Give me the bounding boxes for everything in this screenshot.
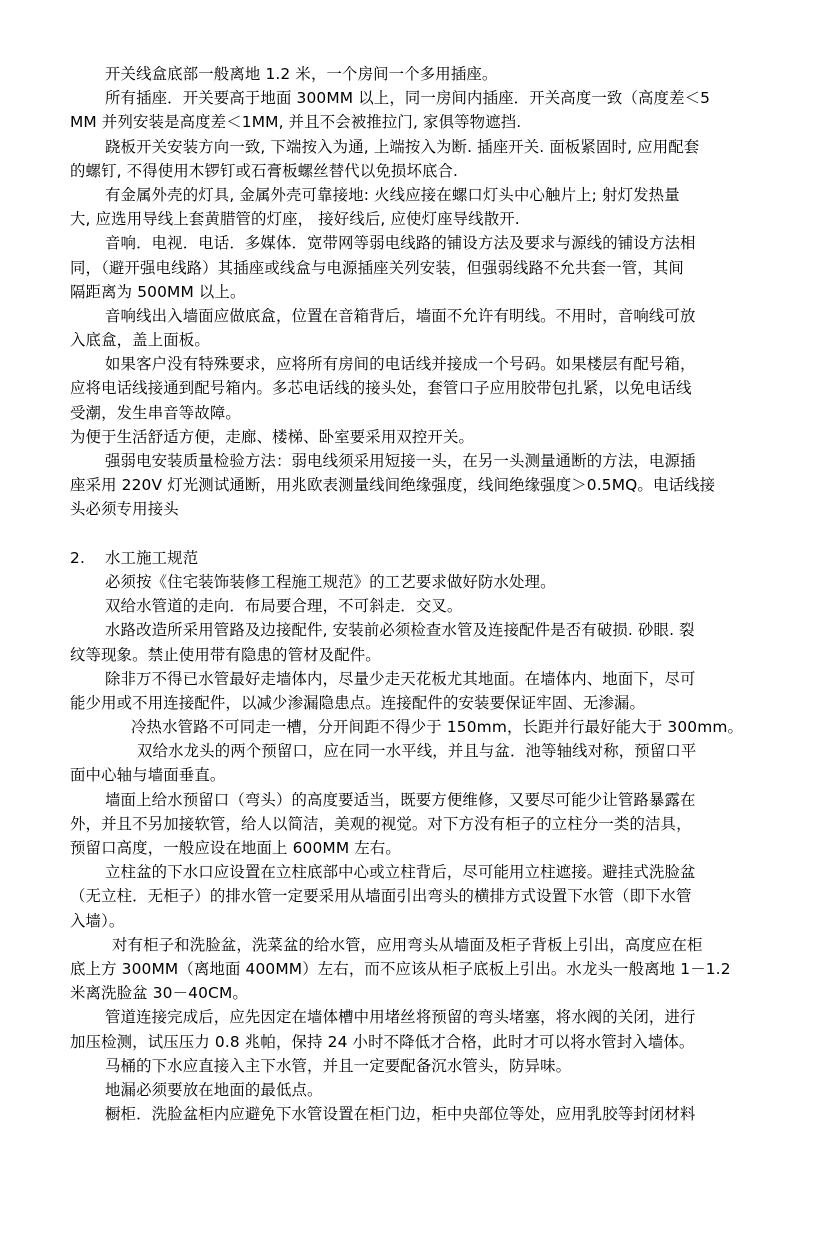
text-line: 入墙）。 xyxy=(70,909,740,933)
paragraph-outlet-height: 墙面上给水预留口（弯头）的高度要适当，既要方便维修，又要尽可能少让管路暴露在 外… xyxy=(70,788,740,861)
text-line: 马桶的下水应直接入主下水管，并且一定要配备沉水管头，防异味。 xyxy=(70,1054,740,1078)
paragraph-cabinet-water-supply: 对有柜子和洗脸盆，洗菜盆的给水管，应用弯头从墙面及柜子背板上引出，高度应在柜 底… xyxy=(70,933,740,1006)
text-line: 米离洗脸盆 30－40CM。 xyxy=(70,981,740,1005)
paragraph-faucet-outlets: 双给水龙头的两个预留口，应在同一水平线，并且与盆．池等轴线对称，预留口平 面中心… xyxy=(70,739,740,787)
paragraph-dual-control-switch: 为便于生活舒适方便，走廊、楼梯、卧室要采用双控开关。 xyxy=(70,425,740,449)
paragraph-quality-inspection: 强弱电安装质量检验方法：弱电线须采用短接一头，在另一头测量通断的方法，电源插 座… xyxy=(70,449,740,522)
text-line: 有金属外壳的灯具, 金属外壳可靠接地: 火线应接在螺口灯头中心触片上; 射灯发热… xyxy=(70,183,740,207)
text-line: 如果客户没有特殊要求，应将所有房间的电话线并接成一个号码。如果楼层有配号箱， xyxy=(70,352,740,376)
text-line: 冷热水管路不可同走一槽，分开间距不得少于 150mm，长距并行最好能大于 300… xyxy=(70,715,740,739)
paragraph-floor-drain: 地漏必须要放在地面的最低点。 xyxy=(70,1078,740,1102)
text-line: 音响线出入墙面应做底盒，位置在音箱背后，墙面不允许有明线。不用时，音响线可放 xyxy=(70,304,740,328)
paragraph-fittings-inspection: 水路改造所采用管路及边接配件, 安装前必须检查水管及连接配件是否有破损. 砂眼.… xyxy=(70,618,740,666)
text-line: 头必须专用接头 xyxy=(70,497,740,521)
text-line: 立柱盆的下水口应设置在立柱底部中心或立柱背后，尽可能用立柱遮接。避挂式洗脸盆 xyxy=(70,860,740,884)
text-line: 加压检测，试压压力 0.8 兆帕，保持 24 小时不降低才合格，此时才可以将水管… xyxy=(70,1030,740,1054)
text-line: 强弱电安装质量检验方法：弱电线须采用短接一头，在另一头测量通断的方法，电源插 xyxy=(70,449,740,473)
document-page: 开关线盒底部一般离地 1.2 米，一个房间一个多用插座。 所有插座．开关要高于地… xyxy=(70,62,740,1126)
text-line: （无立柱．无柜子）的排水管一定要采用从墙面引出弯头的横排方式设置下水管（即下水管 xyxy=(70,884,740,908)
paragraph-pedestal-basin-drain: 立柱盆的下水口应设置在立柱底部中心或立柱背后，尽可能用立柱遮接。避挂式洗脸盆 （… xyxy=(70,860,740,933)
text-line: 外，并且不另加接软管，给人以简洁，美观的视觉。对下方没有柜子的立柱分一类的洁具， xyxy=(70,812,740,836)
text-line: 同，（避开强电线路）其插座或线盒与电源插座关列安装，但强弱线路不允共套一管，其间 xyxy=(70,256,740,280)
text-line: 橱柜．洗脸盆柜内应避免下水管设置在柜门边，柜中央部位等处，应用乳胶等封闭材料 xyxy=(70,1102,740,1126)
text-line: 能少用或不用连接配件，以减少渗漏隐患点。连接配件的安装要保证牢固、无渗漏。 xyxy=(70,691,740,715)
text-line: 座采用 220V 灯光测试通断，用兆欧表测量线间绝缘强度，线间绝缘强度＞0.5M… xyxy=(70,473,740,497)
paragraph-socket-height: 所有插座．开关要高于地面 300MM 以上，同一房间内插座．开关高度一致（高度差… xyxy=(70,86,740,134)
paragraph-telephone-wiring: 如果客户没有特殊要求，应将所有房间的电话线并接成一个号码。如果楼层有配号箱， 应… xyxy=(70,352,740,425)
paragraph-pressure-test: 管道连接完成后，应先因定在墙体槽中用堵丝将预留的弯头堵塞，将水阀的关闭，进行 加… xyxy=(70,1005,740,1053)
text-line: MM 并列安装是高度差＜1MM, 并且不会被推拉门, 家俱等物遮挡. xyxy=(70,110,740,134)
text-line: 墙面上给水预留口（弯头）的高度要适当，既要方便维修，又要尽可能少让管路暴露在 xyxy=(70,788,740,812)
text-line: 的螺钉, 不得使用木锣钉或石膏板螺丝替代以免损坏底合. xyxy=(70,159,740,183)
paragraph-rocker-switch: 跷板开关安装方向一致, 下端按入为通, 上端按入为断. 插座开关. 面板紧固时,… xyxy=(70,135,740,183)
paragraph-switch-box-height: 开关线盒底部一般离地 1.2 米，一个房间一个多用插座。 xyxy=(70,62,740,86)
section-title: 水工施工规范 xyxy=(105,549,198,567)
text-line: 必须按《住宅装饰装修工程施工规范》的工艺要求做好防水处理。 xyxy=(70,570,740,594)
paragraph-toilet-drain: 马桶的下水应直接入主下水管，并且一定要配备沉水管头，防异味。 xyxy=(70,1054,740,1078)
plumbing-section: 必须按《住宅装饰装修工程施工规范》的工艺要求做好防水处理。 双给水管道的走向．布… xyxy=(70,570,740,1126)
text-line: 地漏必须要放在地面的最低点。 xyxy=(70,1078,740,1102)
paragraph-hot-cold-separation: 冷热水管路不可同走一槽，分开间距不得少于 150mm，长距并行最好能大于 300… xyxy=(70,715,740,739)
text-line: 面中心轴与墙面垂直。 xyxy=(70,763,740,787)
paragraph-waterproofing: 必须按《住宅装饰装修工程施工规范》的工艺要求做好防水处理。 xyxy=(70,570,740,594)
text-line: 为便于生活舒适方便，走廊、楼梯、卧室要采用双控开关。 xyxy=(70,425,740,449)
text-line: 音响．电视．电话．多媒体．宽带网等弱电线路的铺设方法及要求与源线的铺设方法相 xyxy=(70,231,740,255)
text-line: 开关线盒底部一般离地 1.2 米，一个房间一个多用插座。 xyxy=(70,62,740,86)
text-line: 双给水龙头的两个预留口，应在同一水平线，并且与盆．池等轴线对称，预留口平 xyxy=(70,739,740,763)
text-line: 跷板开关安装方向一致, 下端按入为通, 上端按入为断. 插座开关. 面板紧固时,… xyxy=(70,135,740,159)
paragraph-metal-lamp-grounding: 有金属外壳的灯具, 金属外壳可靠接地: 火线应接在螺口灯头中心触片上; 射灯发热… xyxy=(70,183,740,231)
text-line: 对有柜子和洗脸盆，洗菜盆的给水管，应用弯头从墙面及柜子背板上引出，高度应在柜 xyxy=(70,933,740,957)
text-line: 预留口高度，一般应设在地面上 600MM 左右。 xyxy=(70,836,740,860)
text-line: 应将电话线接通到配号箱内。多芯电话线的接头处，套管口子应用胶带包扎紧，以免电话线 xyxy=(70,376,740,400)
electrical-section: 开关线盒底部一般离地 1.2 米，一个房间一个多用插座。 所有插座．开关要高于地… xyxy=(70,62,740,522)
section-number: 2. xyxy=(70,546,105,570)
paragraph-in-wall-piping: 除非万不得已水管最好走墙体内，尽量少走天花板尤其地面。在墙体内、地面下，尽可 能… xyxy=(70,667,740,715)
text-line: 纹等现象。禁止使用带有隐患的管材及配件。 xyxy=(70,643,740,667)
text-line: 双给水管道的走向．布局要合理，不可斜走．交叉。 xyxy=(70,594,740,618)
text-line: 入底盒，盖上面板。 xyxy=(70,328,740,352)
text-line: 大, 应选用导线上套黄腊管的灯座， 接好线后, 应使灯座导线散开. xyxy=(70,207,740,231)
text-line: 隔距离为 500MM 以上。 xyxy=(70,280,740,304)
paragraph-audio-wiring: 音响线出入墙面应做底盒，位置在音箱背后，墙面不允许有明线。不用时，音响线可放 入… xyxy=(70,304,740,352)
text-line: 水路改造所采用管路及边接配件, 安装前必须检查水管及连接配件是否有破损. 砂眼.… xyxy=(70,618,740,642)
text-line: 所有插座．开关要高于地面 300MM 以上，同一房间内插座．开关高度一致（高度差… xyxy=(70,86,740,110)
blank-line xyxy=(70,522,740,546)
paragraph-weak-current-wiring: 音响．电视．电话．多媒体．宽带网等弱电线路的铺设方法及要求与源线的铺设方法相 同… xyxy=(70,231,740,304)
text-line: 底上方 300MM（离地面 400MM）左右，而不应该从柜子底板上引出。水龙头一… xyxy=(70,957,740,981)
text-line: 管道连接完成后，应先因定在墙体槽中用堵丝将预留的弯头堵塞，将水阀的关闭，进行 xyxy=(70,1005,740,1029)
paragraph-pipe-routing: 双给水管道的走向．布局要合理，不可斜走．交叉。 xyxy=(70,594,740,618)
paragraph-cabinet-drain: 橱柜．洗脸盆柜内应避免下水管设置在柜门边，柜中央部位等处，应用乳胶等封闭材料 xyxy=(70,1102,740,1126)
text-line: 受潮，发生串音等故障。 xyxy=(70,401,740,425)
section-heading: 2.水工施工规范 xyxy=(70,546,740,570)
text-line: 除非万不得已水管最好走墙体内，尽量少走天花板尤其地面。在墙体内、地面下，尽可 xyxy=(70,667,740,691)
